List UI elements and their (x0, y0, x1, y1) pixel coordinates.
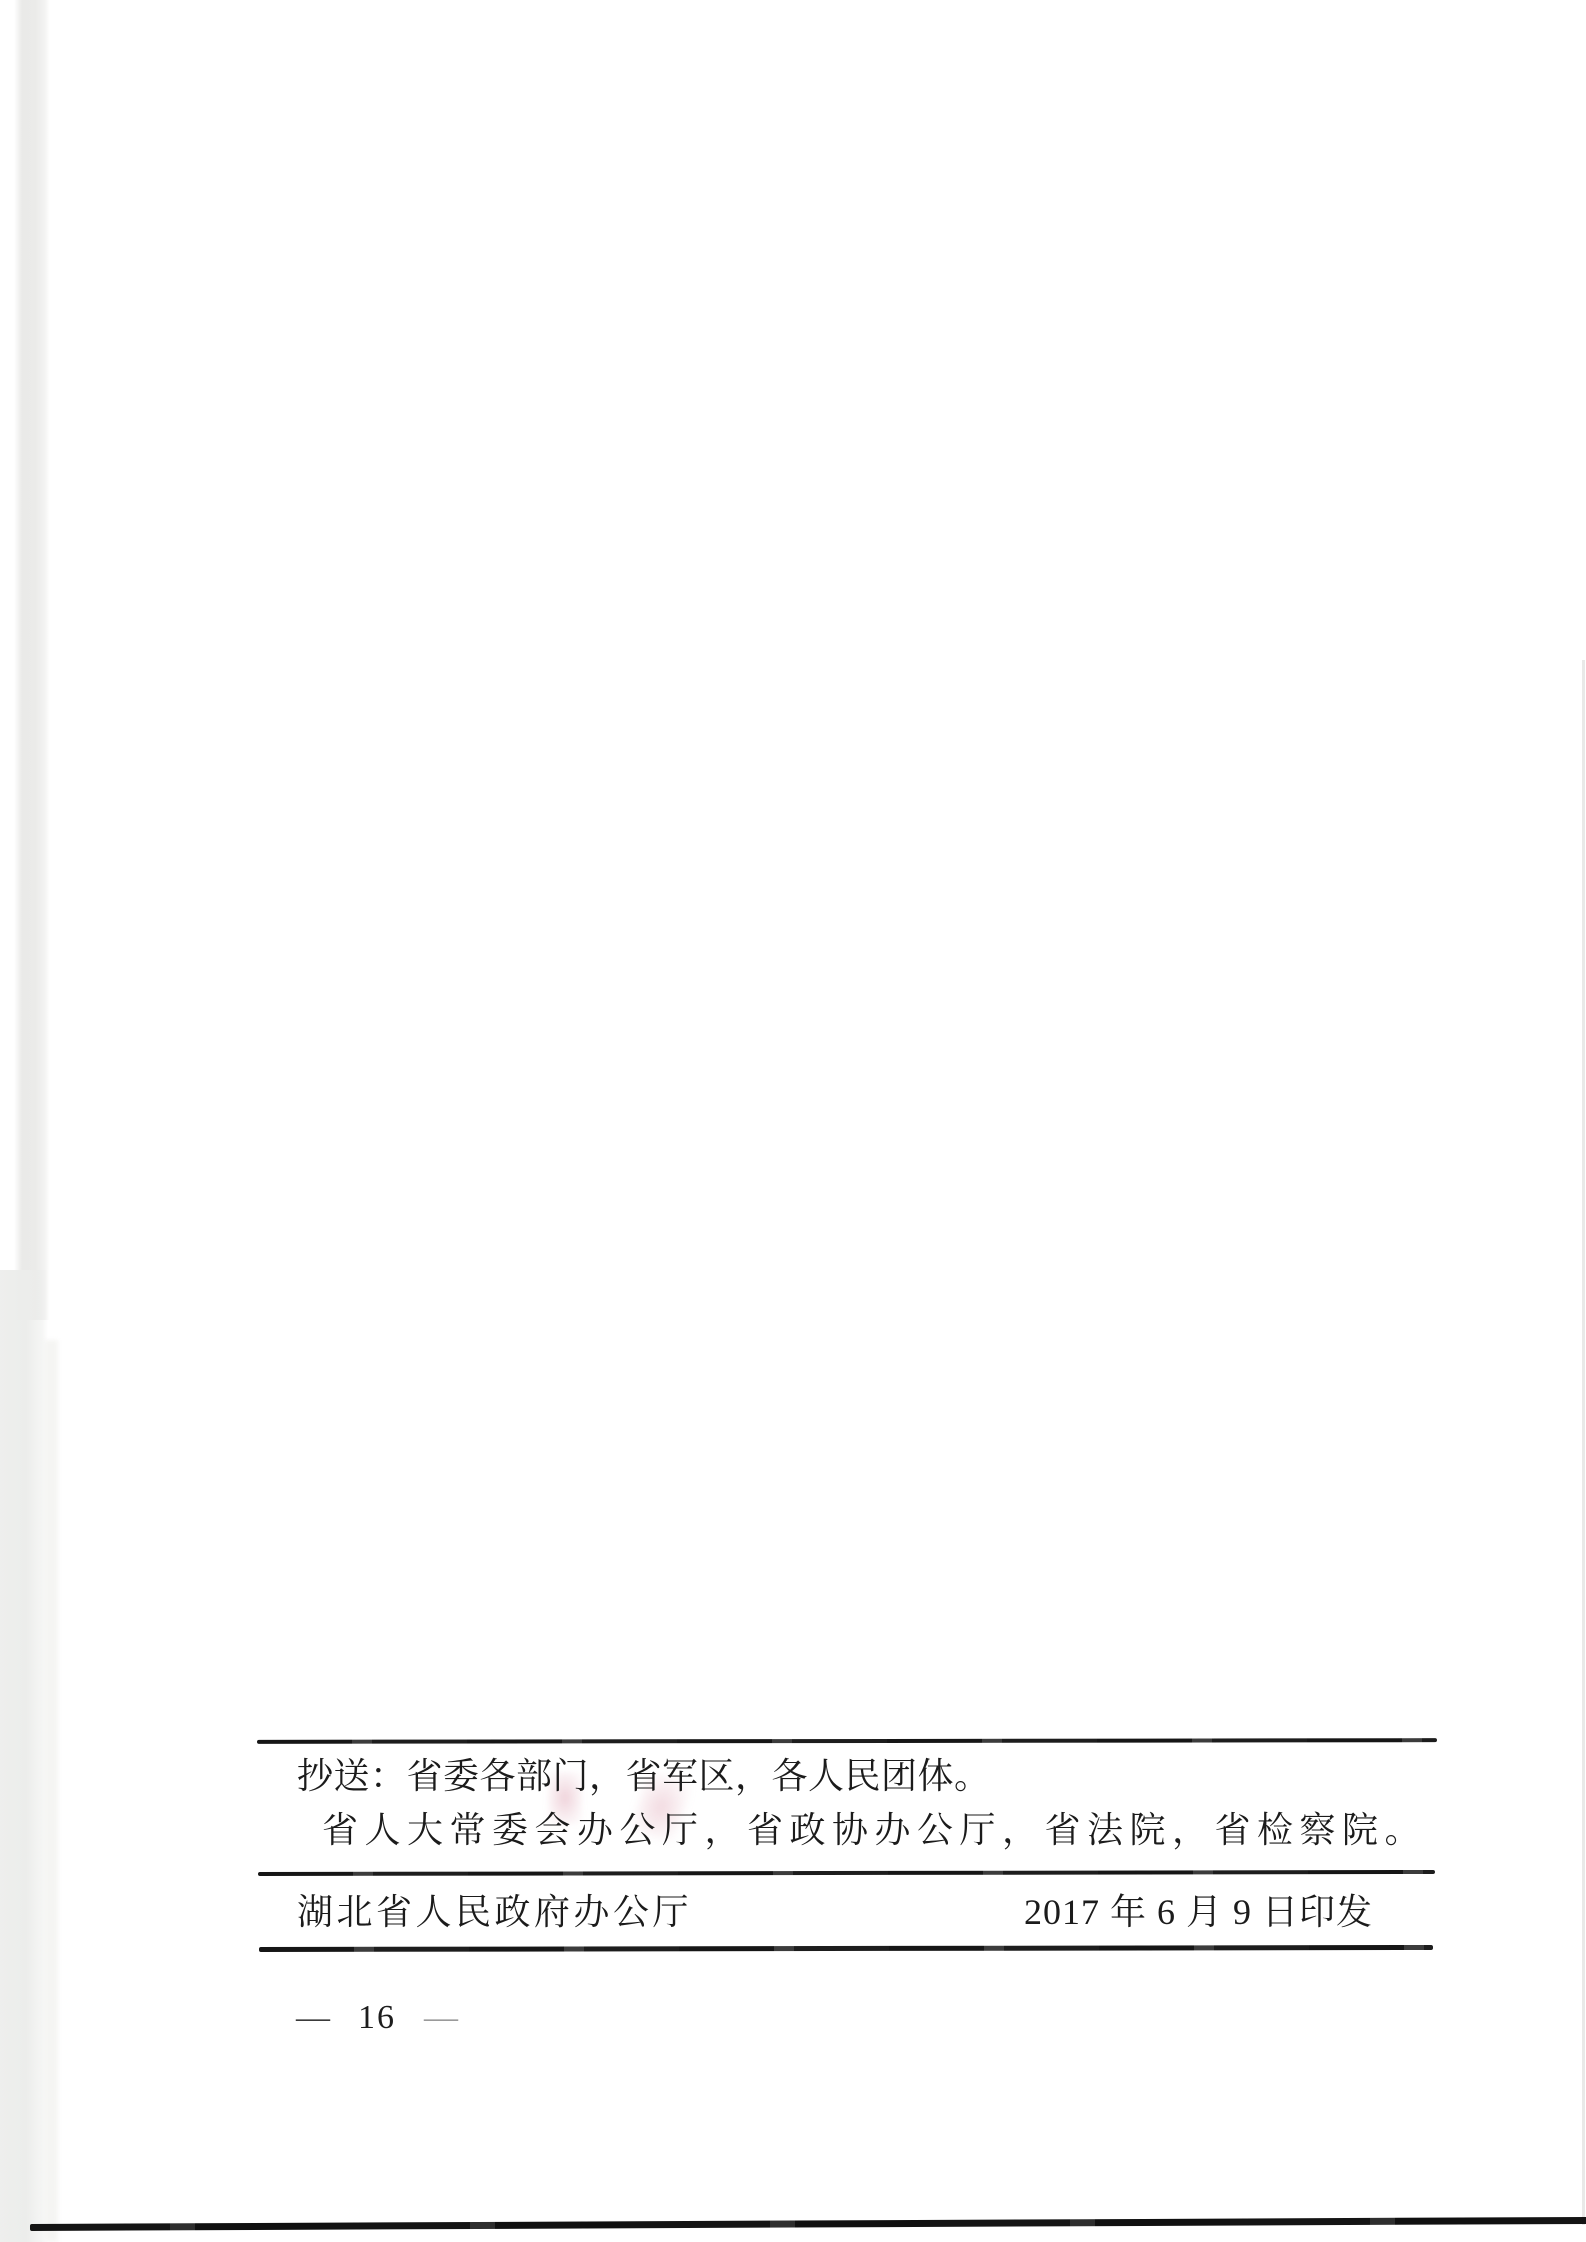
left-scan-shadow-light-band (44, 1340, 58, 2242)
issuer-row: 湖北省人民政府办公厅 2017 年 6 月 9 日印发 (297, 1894, 1373, 1930)
colophon-bottom-rule (259, 1945, 1433, 1952)
cc-line-2: 省人大常委会办公厅，省政协办公厅，省法院，省检察院。 (322, 1812, 1427, 1848)
cc-line-1: 抄送：省委各部门，省军区，各人民团体。 (297, 1758, 991, 1794)
print-date: 2017 年 6 月 9 日印发 (1024, 1894, 1373, 1930)
page-number-left-dash: — (296, 2001, 330, 2035)
left-scan-shadow-upper (14, 0, 50, 1320)
cc-recipients-line2: 省人大常委会办公厅，省政协办公厅，省法院，省检察院。 (322, 1810, 1427, 1850)
page-number-value: 16 (358, 2001, 396, 2035)
bottom-page-edge-line (30, 2217, 1586, 2231)
right-page-edge-line (1582, 660, 1585, 2225)
scanned-document-page: 抄送：省委各部门，省军区，各人民团体。 省人大常委会办公厅，省政协办公厅，省法院… (0, 0, 1586, 2242)
issuer-name: 湖北省人民政府办公厅 (297, 1894, 692, 1930)
colophon-top-rule (257, 1738, 1437, 1744)
page-number: — 16 — (296, 2001, 458, 2035)
cc-label: 抄送： (297, 1756, 407, 1796)
colophon-middle-rule (258, 1870, 1435, 1876)
cc-recipients-line1: 省委各部门，省军区，各人民团体。 (407, 1756, 991, 1796)
page-number-right-dash: — (424, 2001, 458, 2035)
left-scan-shadow-lower (0, 1270, 48, 2242)
